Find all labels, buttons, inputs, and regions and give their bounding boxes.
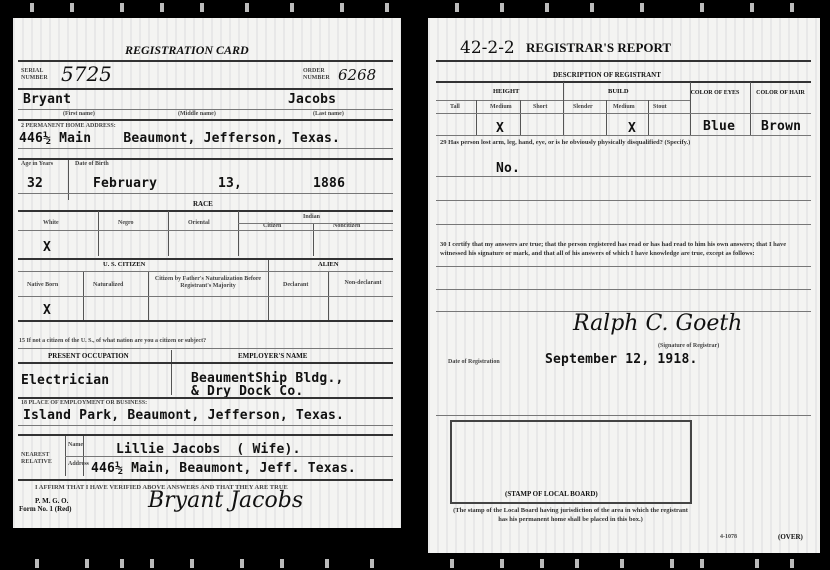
stamp-label: (STAMP OF LOCAL BOARD) <box>505 490 598 498</box>
stamp-note: (The stamp of the Local Board having jur… <box>448 506 693 524</box>
race-col-white: White <box>43 220 59 226</box>
last-name-sublabel: (Last name) <box>313 111 344 117</box>
relative-address-label: Address <box>68 461 89 467</box>
dob-year: 1886 <box>313 176 345 191</box>
order-number: 6268 <box>338 66 376 84</box>
date-of-registration: September 12, 1918. <box>545 352 698 367</box>
form-id-line-1: P. M. G. O. <box>35 497 68 505</box>
dob-month: February <box>93 176 157 191</box>
form-code: 4-1078 <box>720 534 737 540</box>
height-mark-medium: X <box>496 121 504 136</box>
race-col-oriental: Oriental <box>188 220 210 226</box>
over-label: (OVER) <box>778 533 803 541</box>
film-strip-bottom <box>0 556 830 570</box>
first-name-sublabel: (First name) <box>63 111 95 117</box>
alien-col-nondeclarant: Non-declarant <box>343 280 383 287</box>
build-col-stout: Stout <box>653 104 667 110</box>
build-col-slender: Slender <box>573 104 593 110</box>
relative-name: Lillie Jacobs ( Wife). <box>116 442 301 457</box>
place-of-employment-label: 18 PLACE OF EMPLOYMENT OR BUSINESS: <box>21 400 147 406</box>
eyes-header: COLOR OF EYES <box>690 90 740 96</box>
race-col-negro: Negro <box>118 220 134 226</box>
eye-color: Blue <box>703 119 735 134</box>
q29-text: 29 Has person lost arm, leg, hand, eye, … <box>440 138 810 147</box>
first-name: Bryant <box>23 92 71 107</box>
height-col-short: Short <box>533 104 547 110</box>
q15-label: 15 If not a citizen of the U. S., of wha… <box>19 338 206 344</box>
build-header: BUILD <box>608 88 629 95</box>
place-of-employment: Island Park, Beaumont, Jefferson, Texas. <box>23 408 344 423</box>
alien-header: ALIEN <box>318 261 339 268</box>
relative-name-label: Name <box>68 442 83 448</box>
citizen-col-naturalized: Naturalized <box>93 282 123 288</box>
relative-address: 446½ Main, Beaumont, Jeff. Texas. <box>91 461 356 476</box>
age-value: 32 <box>27 176 43 191</box>
registrar-signature-label: (Signature of Registrar) <box>658 343 719 349</box>
height-col-medium: Medium <box>490 104 512 110</box>
citizen-col-native: Native Born <box>27 282 58 288</box>
home-address: 446½ Main Beaumont, Jefferson, Texas. <box>19 131 340 146</box>
registrant-signature: Bryant Jacobs <box>148 488 303 513</box>
registration-card: REGISTRATION CARD SERIAL NUMBER 5725 ORD… <box>13 18 401 528</box>
home-address-label: 2 PERMANENT HOME ADDRESS: <box>21 123 116 129</box>
middle-name-sublabel: (Middle name) <box>178 111 216 117</box>
date-of-registration-label: Date of Registration <box>448 359 500 365</box>
dob-day: 13, <box>218 176 242 191</box>
certify-text: 30 I certify that my answers are true; t… <box>440 240 810 258</box>
race-header: RACE <box>193 200 213 208</box>
citizen-header: U. S. CITIZEN <box>103 261 145 268</box>
alien-col-declarant: Declarant <box>283 282 308 288</box>
height-header: HEIGHT <box>493 88 519 95</box>
hair-color: Brown <box>761 119 801 134</box>
form-id-line-2: Form No. 1 (Red) <box>19 505 72 513</box>
citizen-mark-native: X <box>43 303 51 318</box>
card-title: REGISTRATION CARD <box>125 43 249 58</box>
serial-number-label: SERIAL NUMBER <box>21 68 51 82</box>
nearest-relative-label: NEAREST RELATIVE <box>21 452 61 466</box>
order-number-label: ORDER NUMBER <box>303 68 333 82</box>
occupation-header: PRESENT OCCUPATION <box>48 352 129 360</box>
citizen-col-fathers: Citizen by Father's Naturalization Befor… <box>153 276 263 290</box>
last-name: Jacobs <box>288 92 336 107</box>
age-label: Age in Years <box>21 161 53 167</box>
report-title: REGISTRAR'S REPORT <box>526 40 671 56</box>
description-header: DESCRIPTION OF REGISTRANT <box>553 71 661 79</box>
film-strip-top <box>0 0 830 14</box>
registrars-report-card: 42-2-2 REGISTRAR'S REPORT DESCRIPTION OF… <box>428 18 820 553</box>
dob-label: Date of Birth <box>75 161 109 167</box>
employer-header: EMPLOYER'S NAME <box>238 352 307 360</box>
height-col-tall: Tall <box>450 104 460 110</box>
occupation-value: Electrician <box>21 373 109 388</box>
race-mark-white: X <box>43 240 51 255</box>
registrar-signature: Ralph C. Goeth <box>573 311 742 336</box>
race-col-indian: Indian <box>303 214 320 220</box>
q29-answer: No. <box>496 161 520 176</box>
build-mark-medium: X <box>628 121 636 136</box>
build-col-medium: Medium <box>613 104 635 110</box>
serial-number: 5725 <box>61 62 112 86</box>
stamp-number: 42-2-2 <box>460 38 515 58</box>
hair-header: COLOR OF HAIR <box>753 90 808 96</box>
